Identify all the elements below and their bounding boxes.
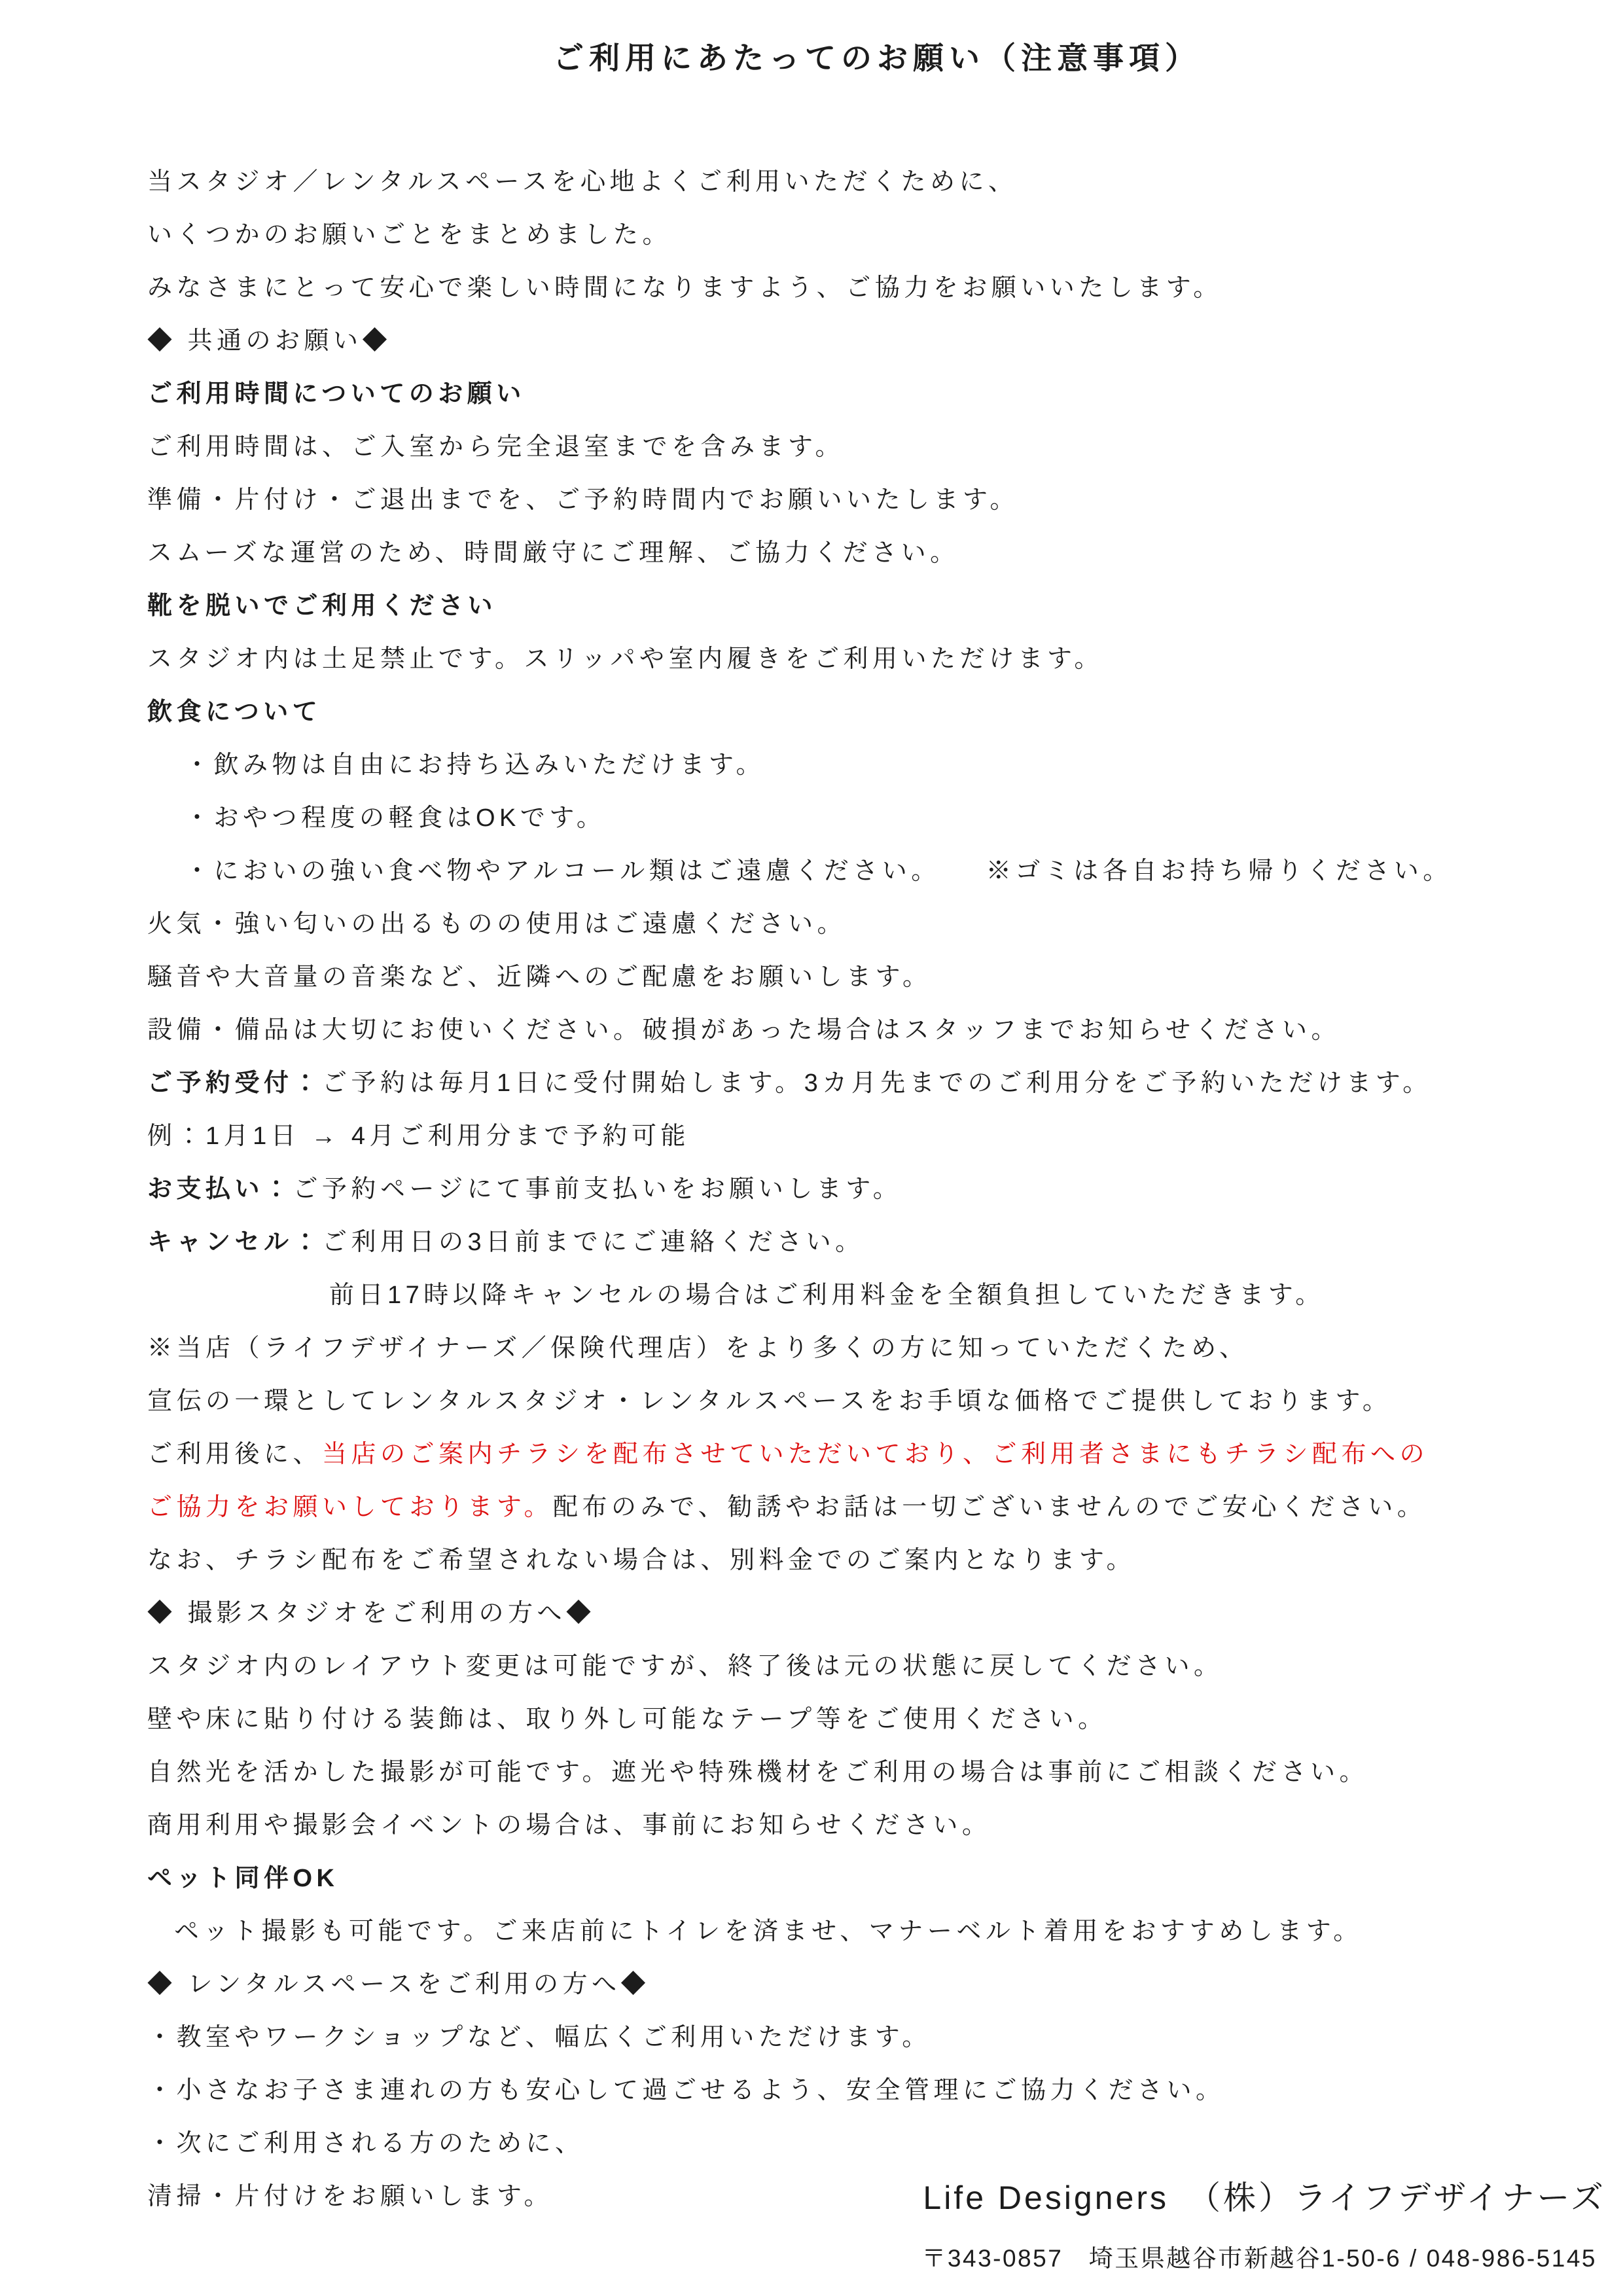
text-segment: 騒音や大音量の音楽など、近隣へのご配慮をお願いします。 [147,963,931,991]
document-line: ◆ 共通のお願い◆ [147,315,1613,368]
text-segment: ・においの強い食べ物やアルコール類はご遠慮ください。 ※ゴミは各自お持ち帰りくだ… [185,857,1452,885]
document-line: 設備・備品は大切にお使いください。破損があった場合はスタッフまでお知らせください… [147,1004,1613,1057]
document-page: ご利用にあたってのお願い（注意事項） 当スタジオ／レンタルスペースを心地よくご利… [0,0,1623,2296]
text-segment: 当スタジオ／レンタルスペースを心地よくご利用いただくために、 [147,168,1018,196]
document-line: 商用利用や撮影会イベントの場合は、事前にお知らせください。 [147,1799,1613,1852]
document-line: みなさまにとって安心で楽しい時間になりますよう、ご協力をお願いいたします。 [147,262,1613,315]
text-segment: ご利用時間は、ご入室から完全退室までを含みます。 [147,433,844,461]
document-line: ・小さなお子さま連れの方も安心して過ごせるよう、安全管理にご協力ください。 [147,2064,1613,2117]
text-segment-bold: ペット同伴OK [147,1865,339,1892]
document-line: ご予約受付：ご予約は毎月1日に受付開始します。3カ月先までのご利用分をご予約いた… [147,1057,1613,1110]
text-segment: 宣伝の一環としてレンタルスタジオ・レンタルスペースをお手頃な価格でご提供しており… [147,1388,1391,1415]
document-line: スタジオ内のレイアウト変更は可能ですが、終了後は元の状態に戻してください。 [147,1640,1613,1693]
text-segment-bold: お支払い： [147,1175,293,1203]
text-segment: ◆ 撮影スタジオをご利用の方へ◆ [147,1600,596,1627]
document-line: ご利用後に、当店のご案内チラシを配布させていただいており、ご利用者さまにもチラシ… [147,1428,1613,1481]
document-line: 自然光を活かした撮影が可能です。遮光や特殊機材をご利用の場合は事前にご相談くださ… [147,1746,1613,1799]
document-line: スタジオ内は土足禁止です。スリッパや室内履きをご利用いただけます。 [147,633,1613,686]
document-line: 宣伝の一環としてレンタルスタジオ・レンタルスペースをお手頃な価格でご提供しており… [147,1375,1613,1428]
section-heading: ペット同伴OK [147,1852,1613,1905]
text-segment: ・次にご利用される方のために、 [147,2130,584,2157]
text-segment: 清掃・片付けをお願いします。 [147,2183,553,2210]
text-segment-bold: ご予約受付： [147,1069,322,1097]
section-heading: 飲食について [147,686,1613,739]
text-segment: ご利用後に、 [147,1441,322,1468]
document-line: なお、チラシ配布をご希望されない場合は、別料金でのご案内となります。 [147,1534,1613,1587]
footer-address: 〒343-0857 埼玉県越谷市新越谷1-50-6 / 048-986-5145 [921,2238,1597,2274]
text-segment: スタジオ内のレイアウト変更は可能ですが、終了後は元の状態に戻してください。 [147,1653,1222,1680]
document-line: キャンセル：ご利用日の3日前までにご連絡ください。 [147,1216,1613,1269]
text-segment-red: ご協力をお願いしております。 [147,1494,553,1521]
document-line: いくつかのお願いごとをまとめました。 [147,209,1613,262]
text-segment: 火気・強い匂いの出るものの使用はご遠慮ください。 [147,910,846,938]
document-line: お支払い：ご予約ページにて事前支払いをお願いします。 [147,1163,1613,1216]
document-line: ※当店（ライフデザイナーズ／保険代理店）をより多くの方に知っていただくため、 [147,1322,1613,1375]
text-segment: 前日17時以降キャンセルの場合はご利用料金を全額負担していただきます。 [329,1282,1325,1309]
text-segment-red: 当店のご案内チラシを配布させていただいており、ご利用者さまにもチラシ配布への [322,1441,1429,1468]
document-line: ・次にご利用される方のために、 [147,2117,1613,2170]
document-line: ペット撮影も可能です。ご来店前にトイレを済ませ、マナーベルト着用をおすすめします… [147,1905,1613,1958]
document-line: ◆ レンタルスペースをご利用の方へ◆ [147,1958,1613,2011]
text-segment: 例：1月1日 → 4月ご利用分まで予約可能 [147,1122,690,1150]
text-segment: ◆ 共通のお願い◆ [147,327,391,355]
document-body: 当スタジオ／レンタルスペースを心地よくご利用いただくために、いくつかのお願いごと… [147,156,1613,2223]
document-line: ・おやつ程度の軽食はOKです。 [147,792,1613,845]
text-segment: スムーズな運営のため、時間厳守にご理解、ご協力ください。 [147,539,959,567]
text-segment: ※当店（ライフデザイナーズ／保険代理店）をより多くの方に知っていただくため、 [147,1335,1249,1362]
footer-company-name: Life Designers （株）ライフデザイナーズ [923,2172,1606,2219]
document-line: ◆ 撮影スタジオをご利用の方へ◆ [147,1587,1613,1640]
text-segment: ご利用日の3日前までにご連絡ください。 [322,1229,865,1256]
text-segment: ・小さなお子さま連れの方も安心して過ごせるよう、安全管理にご協力ください。 [147,2077,1225,2104]
text-segment: いくつかのお願いごとをまとめました。 [147,221,671,249]
document-line: スムーズな運営のため、時間厳守にご理解、ご協力ください。 [147,527,1613,580]
document-line: ・においの強い食べ物やアルコール類はご遠慮ください。 ※ゴミは各自お持ち帰りくだ… [147,845,1613,898]
text-segment: 壁や床に貼り付ける装飾は、取り外し可能なテープ等をご使用ください。 [147,1706,1107,1733]
document-line: 準備・片付け・ご退出までを、ご予約時間内でお願いいたします。 [147,474,1613,527]
document-line: 壁や床に貼り付ける装飾は、取り外し可能なテープ等をご使用ください。 [147,1693,1613,1746]
text-segment: ・おやつ程度の軽食はOKです。 [185,804,605,832]
document-line: ご協力をお願いしております。配布のみで、勧誘やお話は一切ございませんのでご安心く… [147,1481,1613,1534]
text-segment: 配布のみで、勧誘やお話は一切ございませんのでご安心ください。 [553,1494,1426,1521]
document-line: 例：1月1日 → 4月ご利用分まで予約可能 [147,1110,1613,1163]
document-line: 前日17時以降キャンセルの場合はご利用料金を全額負担していただきます。 [147,1269,1613,1322]
text-segment: 準備・片付け・ご退出までを、ご予約時間内でお願いいたします。 [147,486,1019,514]
section-heading: ご利用時間についてのお願い [147,368,1613,421]
document-line: ・飲み物は自由にお持ち込みいただけます。 [147,739,1613,792]
document-line: 騒音や大音量の音楽など、近隣へのご配慮をお願いします。 [147,951,1613,1004]
section-heading: 靴を脱いでご利用ください [147,580,1613,633]
document-line: 火気・強い匂いの出るものの使用はご遠慮ください。 [147,898,1613,951]
text-segment: スタジオ内は土足禁止です。スリッパや室内履きをご利用いただけます。 [147,645,1103,673]
text-segment: ご予約は毎月1日に受付開始します。3カ月先までのご利用分をご予約いただけます。 [322,1069,1432,1097]
text-segment: ご予約ページにて事前支払いをお願いします。 [293,1175,902,1203]
document-line: 当スタジオ／レンタルスペースを心地よくご利用いただくために、 [147,156,1613,209]
text-segment: ペット撮影も可能です。ご来店前にトイレを済ませ、マナーベルト着用をおすすめします… [174,1918,1363,1945]
text-segment: なお、チラシ配布をご希望されない場合は、別料金でのご案内となります。 [147,1547,1135,1574]
page-title: ご利用にあたってのお願い（注意事項） [147,34,1607,78]
text-segment-bold: ご利用時間についてのお願い [147,380,526,408]
text-segment: 自然光を活かした撮影が可能です。遮光や特殊機材をご利用の場合は事前にご相談くださ… [147,1759,1368,1786]
text-segment: みなさまにとって安心で楽しい時間になりますよう、ご協力をお願いいたします。 [147,274,1222,302]
text-segment: ・教室やワークショップなど、幅広くご利用いただけます。 [147,2024,931,2051]
text-segment: 設備・備品は大切にお使いください。破損があった場合はスタッフまでお知らせください… [147,1016,1340,1044]
text-segment: 商用利用や撮影会イベントの場合は、事前にお知らせください。 [147,1812,991,1839]
text-segment-bold: キャンセル： [147,1229,322,1256]
document-line: ・教室やワークショップなど、幅広くご利用いただけます。 [147,2011,1613,2064]
text-segment: ◆ レンタルスペースをご利用の方へ◆ [147,1971,650,1998]
text-segment-bold: 飲食について [147,698,321,726]
document-line: ご利用時間は、ご入室から完全退室までを含みます。 [147,421,1613,474]
text-segment: ・飲み物は自由にお持ち込みいただけます。 [185,751,765,779]
text-segment-bold: 靴を脱いでご利用ください [147,592,497,620]
